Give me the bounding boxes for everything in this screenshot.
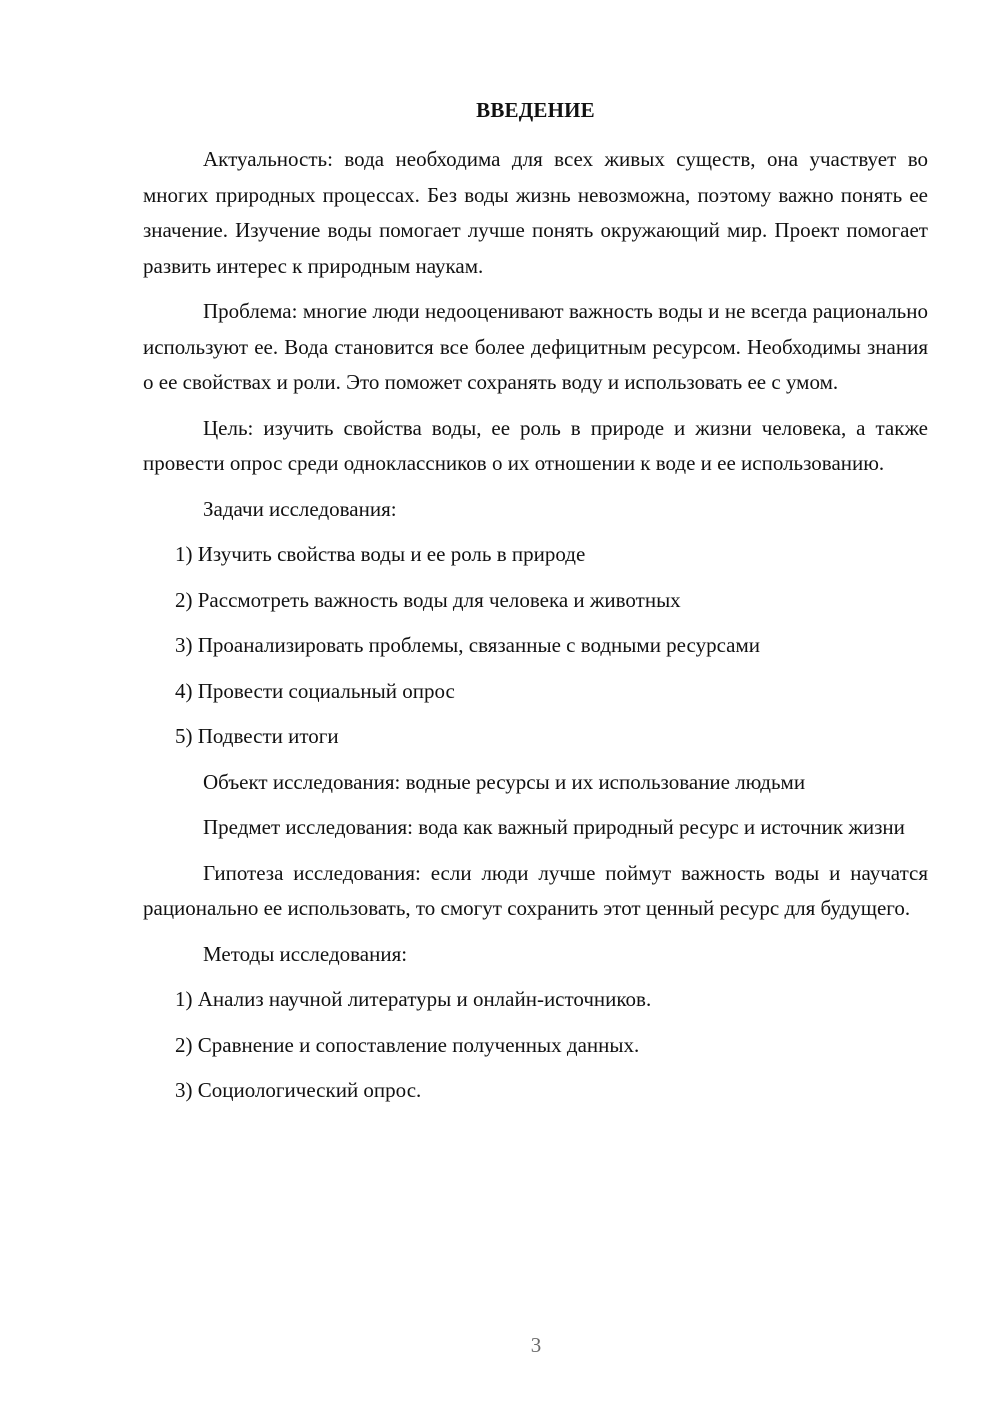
paragraph-goal: Цель: изучить свойства воды, ее роль в п… bbox=[143, 411, 928, 482]
list-item: 3) Социологический опрос. bbox=[143, 1073, 928, 1109]
document-page: ВВЕДЕНИЕ Актуальность: вода необходима д… bbox=[143, 96, 928, 1119]
paragraph-relevance: Актуальность: вода необходима для всех ж… bbox=[143, 142, 928, 284]
list-item: 3) Проанализировать проблемы, связанные … bbox=[143, 628, 928, 664]
list-item: 2) Рассмотреть важность воды для человек… bbox=[143, 583, 928, 619]
methods-list: 1) Анализ научной литературы и онлайн-ис… bbox=[143, 982, 928, 1109]
methods-heading: Методы исследования: bbox=[143, 937, 928, 973]
list-item: 4) Провести социальный опрос bbox=[143, 674, 928, 710]
paragraph-object: Объект исследования: водные ресурсы и их… bbox=[143, 765, 928, 801]
tasks-heading: Задачи исследования: bbox=[143, 492, 928, 528]
list-item: 1) Изучить свойства воды и ее роль в при… bbox=[143, 537, 928, 573]
list-item: 1) Анализ научной литературы и онлайн-ис… bbox=[143, 982, 928, 1018]
list-item: 5) Подвести итоги bbox=[143, 719, 928, 755]
paragraph-hypothesis: Гипотеза исследования: если люди лучше п… bbox=[143, 856, 928, 927]
paragraph-subject: Предмет исследования: вода как важный пр… bbox=[143, 810, 928, 846]
list-item: 2) Сравнение и сопоставление полученных … bbox=[143, 1028, 928, 1064]
paragraph-problem: Проблема: многие люди недооценивают важн… bbox=[143, 294, 928, 401]
page-number: 3 bbox=[0, 1333, 1000, 1358]
page-title: ВВЕДЕНИЕ bbox=[143, 96, 928, 124]
tasks-list: 1) Изучить свойства воды и ее роль в при… bbox=[143, 537, 928, 755]
